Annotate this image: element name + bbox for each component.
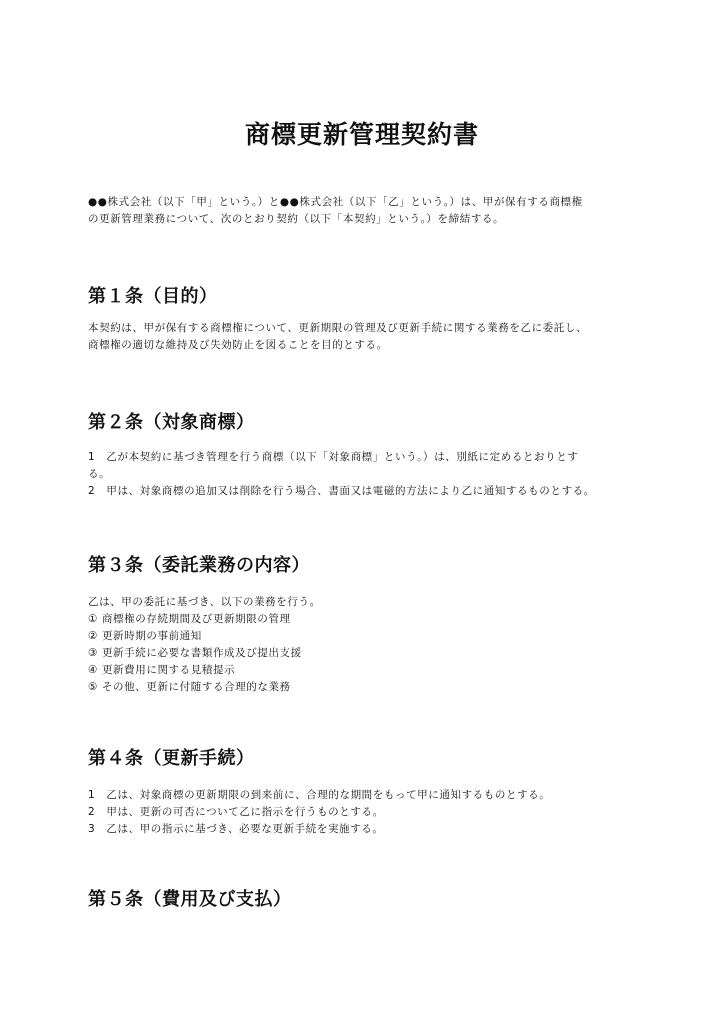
document-title: 商標更新管理契約書 (0, 117, 724, 153)
list-item: ⑤ その他、更新に付随する合理的な業務 (88, 679, 648, 696)
list-item: ① 商標権の存続期間及び更新期限の管理 (88, 611, 648, 628)
article-line: 2 甲は、対象商標の追加又は削除を行う場合、書面又は電磁的方法により乙に通知する… (88, 483, 648, 500)
list-item: ④ 更新費用に関する見積提示 (88, 662, 648, 679)
list-item: ② 更新時期の事前通知 (88, 628, 648, 645)
document-page: 商標更新管理契約書 ●●株式会社（以下「甲」という。）と●●株式会社（以下「乙」… (0, 0, 724, 1024)
article-line: 3 乙は、甲の指示に基づき、必要な更新手続を実施する。 (88, 821, 648, 838)
article-3-body: 乙は、甲の委託に基づき、以下の業務を行う。 ① 商標権の存続期間及び更新期限の管… (88, 594, 648, 696)
article-line: 商標権の適切な維持及び失効防止を図ることを目的とする。 (88, 337, 648, 354)
article-2-heading: 第２条（対象商標） (88, 410, 255, 436)
article-2-body: 1 乙が本契約に基づき管理を行う商標（以下「対象商標」という。）は、別紙に定める… (88, 449, 648, 500)
list-item: ③ 更新手続に必要な書類作成及び提出支援 (88, 645, 648, 662)
article-line: 1 乙は、対象商標の更新期限の到来前に、合理的な期間をもって甲に通知するものとす… (88, 787, 648, 804)
article-1-heading: 第１条（目的） (88, 284, 218, 310)
preamble: ●●株式会社（以下「甲」という。）と●●株式会社（以下「乙」という。）は、甲が保… (88, 194, 648, 228)
article-1-body: 本契約は、甲が保有する商標権について、更新期限の管理及び更新手続に関する業務を乙… (88, 320, 648, 354)
preamble-line: の更新管理業務について、次のとおり契約（以下「本契約」という。）を締結する。 (88, 211, 648, 228)
article-3-heading: 第３条（委託業務の内容） (88, 553, 310, 579)
article-line: 1 乙が本契約に基づき管理を行う商標（以下「対象商標」という。）は、別紙に定める… (88, 449, 648, 466)
article-4-body: 1 乙は、対象商標の更新期限の到来前に、合理的な期間をもって甲に通知するものとす… (88, 787, 648, 838)
article-4-heading: 第４条（更新手続） (88, 746, 255, 772)
article-line: 乙は、甲の委託に基づき、以下の業務を行う。 (88, 594, 648, 611)
preamble-line: ●●株式会社（以下「甲」という。）と●●株式会社（以下「乙」という。）は、甲が保… (88, 194, 648, 211)
article-line: 本契約は、甲が保有する商標権について、更新期限の管理及び更新手続に関する業務を乙… (88, 320, 648, 337)
article-line: る。 (88, 466, 648, 483)
article-5-heading: 第５条（費用及び支払） (88, 887, 292, 913)
article-line: 2 甲は、更新の可否について乙に指示を行うものとする。 (88, 804, 648, 821)
